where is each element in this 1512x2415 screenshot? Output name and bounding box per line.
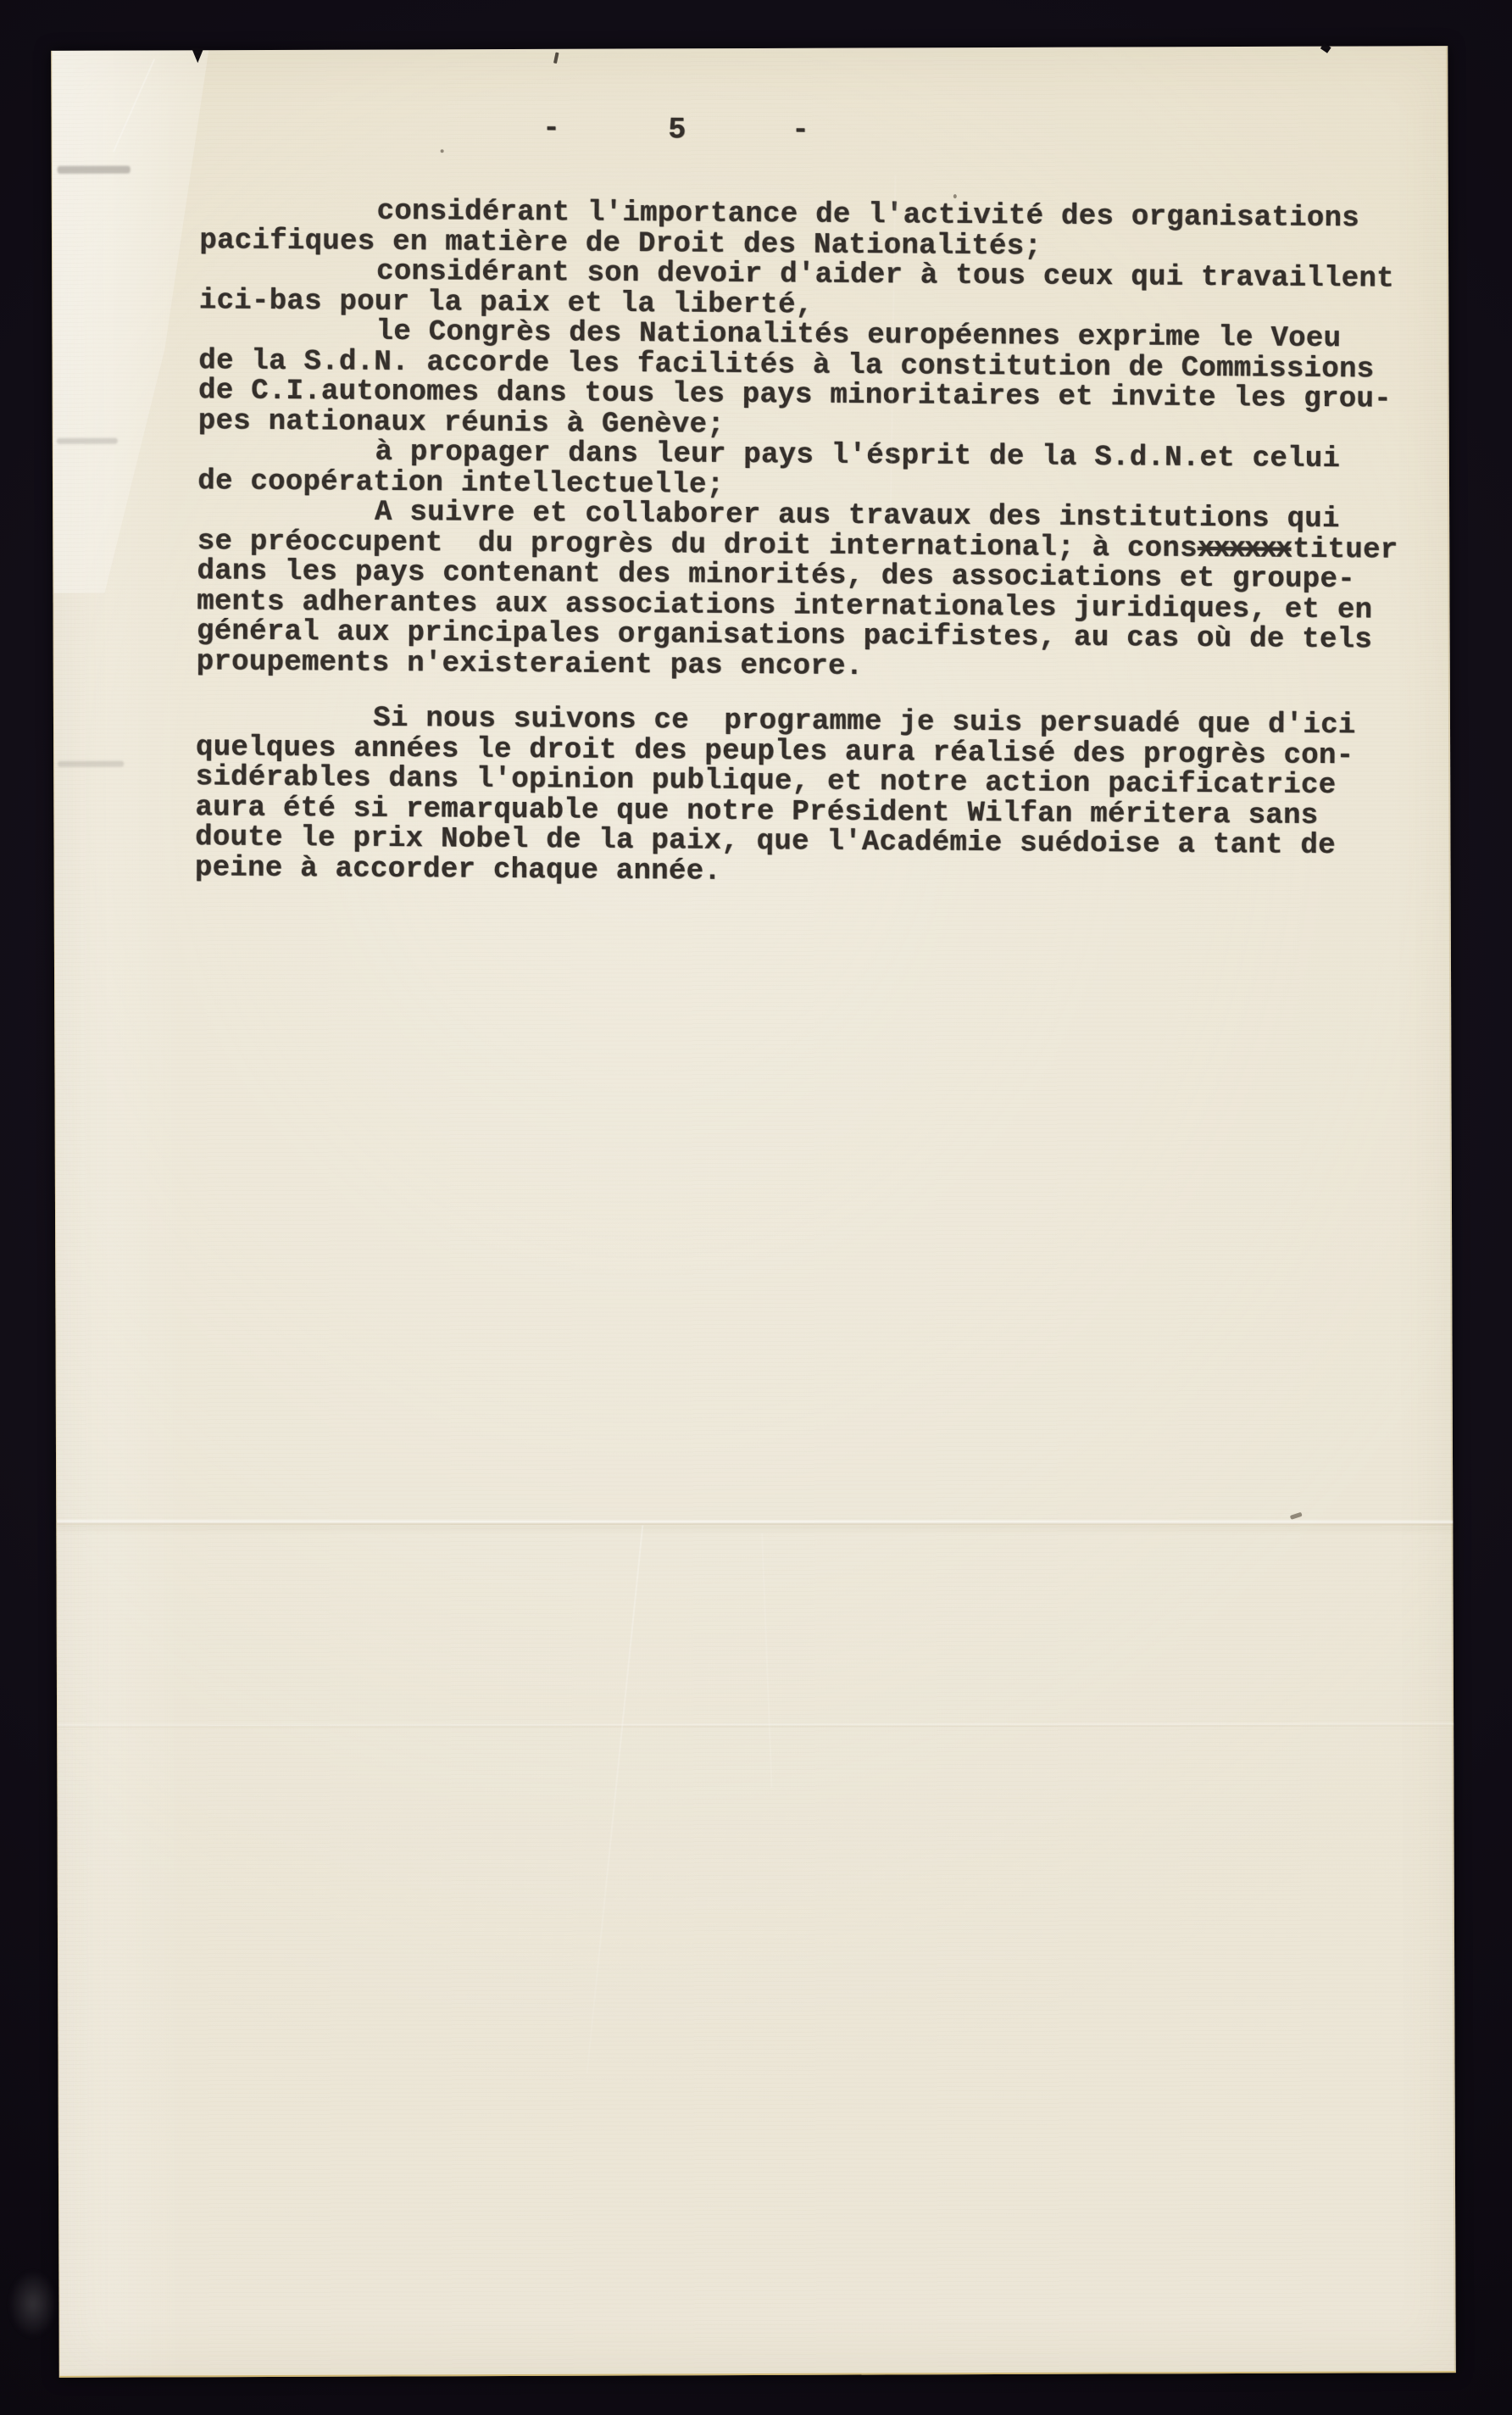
scan-photo: { "scan": { "header": { "dash_left": "-"… bbox=[0, 0, 1512, 2415]
notch-crease bbox=[113, 58, 155, 153]
fold-crease-vertical bbox=[586, 1525, 644, 2073]
page-header: - 5 - bbox=[200, 112, 1467, 152]
typed-text-block: - 5 - considérant l'importance de l'acti… bbox=[195, 112, 1468, 893]
fold-crease-horizontal-faint bbox=[58, 1722, 1454, 1728]
page-number: 5 bbox=[668, 115, 687, 146]
fold-crease-vertical-faint bbox=[761, 1533, 773, 1788]
fold-crease-horizontal bbox=[57, 1519, 1453, 1527]
paper-sheet: - 5 - considérant l'importance de l'acti… bbox=[51, 46, 1456, 2378]
ink-tick bbox=[553, 53, 559, 64]
background-smudge bbox=[8, 2270, 58, 2338]
paper-scuff bbox=[57, 438, 118, 444]
overstruck-letters: xxxxxx bbox=[1198, 532, 1293, 565]
paper-scuff bbox=[58, 761, 124, 767]
edge-tear bbox=[1320, 42, 1331, 53]
header-dash-right: - bbox=[792, 116, 809, 147]
typed-segment: tituer bbox=[1292, 533, 1398, 566]
paper-scuff bbox=[58, 166, 131, 174]
header-dash-left: - bbox=[542, 114, 560, 145]
paper-notch bbox=[192, 48, 203, 63]
